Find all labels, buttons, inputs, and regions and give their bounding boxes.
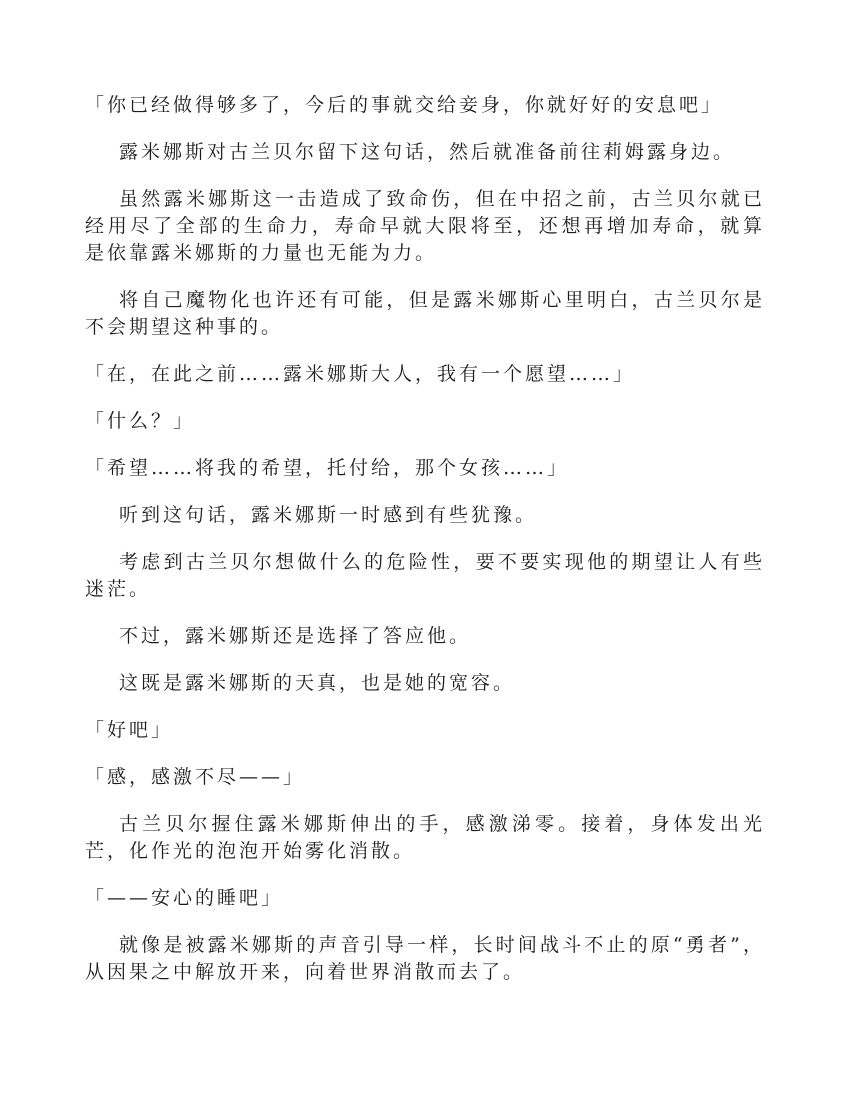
novel-text-block: 「你已经做得够多了，今后的事就交给妾身，你就好好的安息吧」 露米娜斯对古兰贝尔留…	[85, 92, 765, 1006]
paragraph: 「希望……将我的希望，托付给，那个女孩……」	[85, 455, 765, 482]
paragraph: 听到这句话，露米娜斯一时感到有些犹豫。	[85, 502, 765, 529]
paragraph: 露米娜斯对古兰贝尔留下这句话，然后就准备前往莉姆露身边。	[85, 139, 765, 166]
paragraph: 「好吧」	[85, 717, 765, 744]
paragraph: 就像是被露米娜斯的声音引导一样，长时间战斗不止的原“勇者”，从因果之中解放开来，…	[85, 932, 765, 986]
document-page: 「你已经做得够多了，今后的事就交给妾身，你就好好的安息吧」 露米娜斯对古兰贝尔留…	[0, 0, 850, 1100]
paragraph: 「什么？」	[85, 408, 765, 435]
paragraph: 这既是露米娜斯的天真，也是她的宽容。	[85, 670, 765, 697]
paragraph: 「在，在此之前……露米娜斯大人，我有一个愿望……」	[85, 361, 765, 388]
paragraph: 「你已经做得够多了，今后的事就交给妾身，你就好好的安息吧」	[85, 92, 765, 119]
paragraph: 虽然露米娜斯这一击造成了致命伤，但在中招之前，古兰贝尔就已经用尽了全部的生命力，…	[85, 186, 765, 267]
paragraph: 古兰贝尔握住露米娜斯伸出的手，感激涕零。接着，身体发出光芒，化作光的泡泡开始雾化…	[85, 811, 765, 865]
paragraph: 「——安心的睡吧」	[85, 885, 765, 912]
paragraph: 将自己魔物化也许还有可能，但是露米娜斯心里明白，古兰贝尔是不会期望这种事的。	[85, 287, 765, 341]
paragraph: 「感，感激不尽——」	[85, 764, 765, 791]
paragraph: 考虑到古兰贝尔想做什么的危险性，要不要实现他的期望让人有些迷茫。	[85, 549, 765, 603]
paragraph: 不过，露米娜斯还是选择了答应他。	[85, 623, 765, 650]
